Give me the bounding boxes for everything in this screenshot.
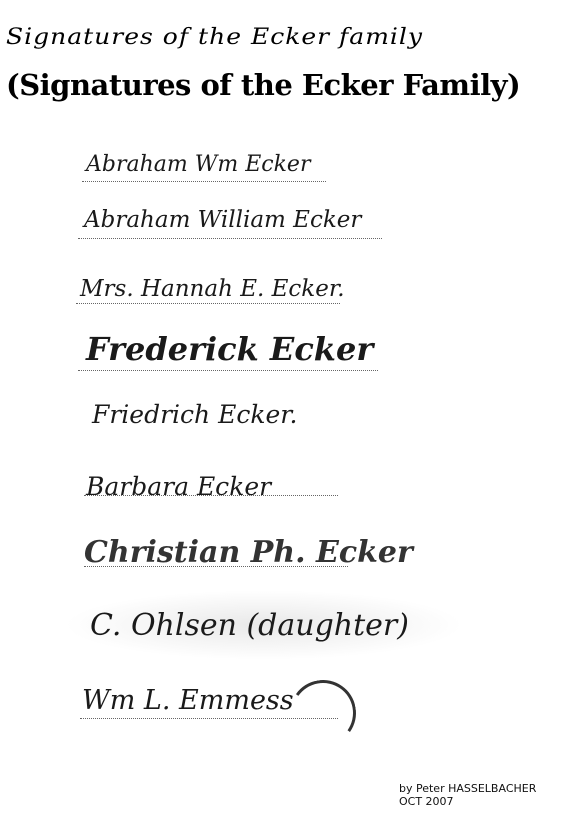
credit-block: by Peter HASSELBACHER OCT 2007 [399, 782, 536, 808]
signature-baseline [78, 370, 378, 371]
signature-c-ohlsen: C. Ohlsen (daughter) [90, 608, 409, 643]
signature-baseline [84, 566, 348, 567]
credit-author: by Peter HASSELBACHER [399, 782, 536, 795]
signature-barbara-ecker: Barbara Ecker [86, 472, 271, 501]
signature-baseline [84, 495, 338, 496]
signature-christian-ecker: Christian Ph. Ecker [84, 535, 413, 570]
signature-wm-emmess: Wm L. Emmess [82, 685, 294, 716]
signature-friedrich-ecker: Friedrich Ecker. [92, 400, 297, 429]
signature-frederick-ecker: Frederick Ecker [86, 330, 373, 368]
signature-abraham-wm-ecker: Abraham Wm Ecker [86, 152, 310, 177]
page-title: (Signatures of the Ecker Family) [6, 68, 520, 102]
credit-date: OCT 2007 [399, 795, 536, 808]
signature-baseline [82, 181, 326, 182]
signature-hannah-ecker: Mrs. Hannah E. Ecker. [80, 276, 345, 302]
seal-stamp-icon [285, 675, 361, 751]
signature-baseline [78, 238, 382, 239]
signature-baseline [76, 303, 340, 304]
title-script: Signatures of the Ecker family [6, 23, 423, 49]
signature-abraham-william-ecker: Abraham William Ecker [84, 207, 361, 233]
